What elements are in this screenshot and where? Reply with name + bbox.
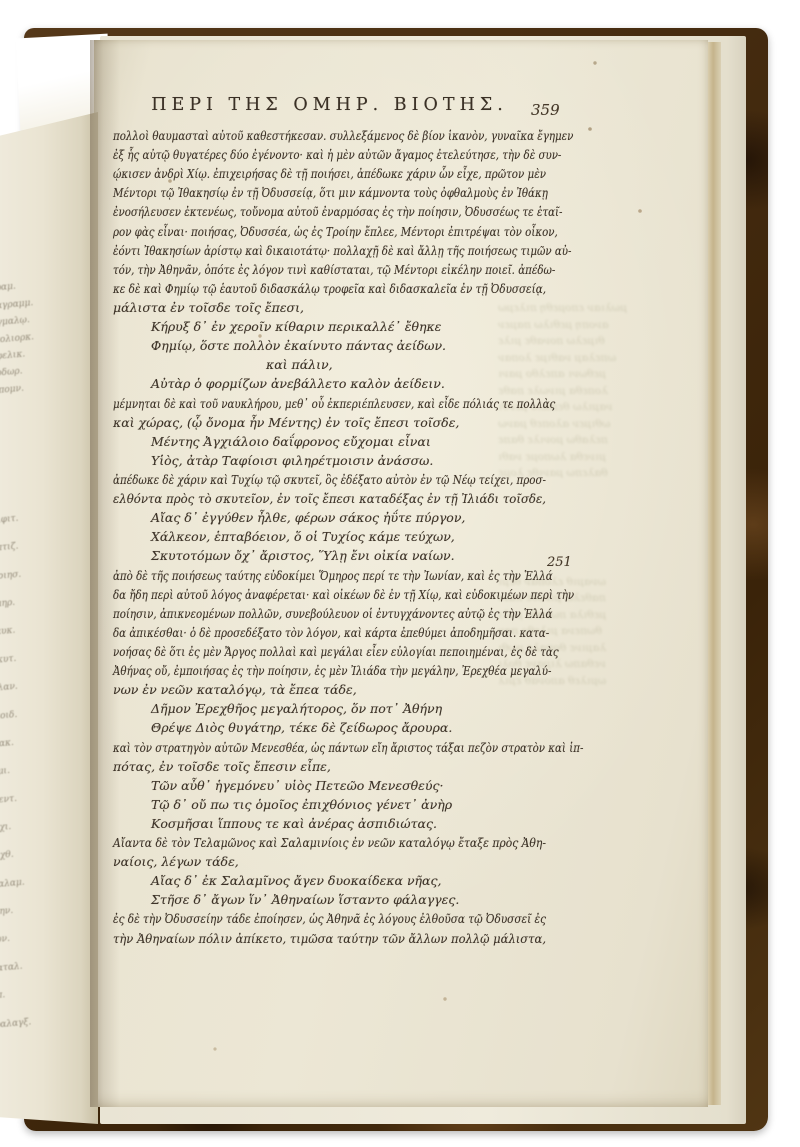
text-line: ἐξ ἧς αὐτῷ θυγατέρες δύο ἐγένοντο· καὶ ἡ…	[113, 147, 546, 166]
running-title: ΠΕΡΙ ΤΗΣ ΟΜΗΡ. ΒΙΟΤΗΣ.	[113, 95, 546, 115]
verse-line: Στῆσε δ᾽ ἄγων ἵν᾽ Ἀθηναίων ἵσταντο φάλαγ…	[113, 892, 546, 911]
verse-line: Τῷ δ᾽ οὔ πω τις ὁμοῖος ἐπιχθόνιος γένετ᾽…	[113, 797, 546, 816]
verse-line: Αἴας δ᾽ ἐγγύθεν ἦλθε, φέρων σάκος ἠΰτε π…	[113, 510, 546, 529]
text-line: καὶ πάλιν,	[113, 357, 546, 376]
illegible-marginalia-fragment: τυχι.	[0, 822, 12, 834]
page-number: 359	[531, 101, 579, 119]
verse-line: Δῆμον Ἐρεχθῆος μεγαλήτορος, ὅν ποτ᾽ Ἀθήν…	[113, 701, 546, 720]
illegible-marginalia-fragment: φημι.	[0, 766, 10, 778]
illegible-marginalia-fragment: νεων.	[0, 934, 10, 946]
verse-line: Τῶν αὖθ᾽ ἡγεμόνευ᾽ υἱὸς Πετεῶο Μενεσθεύς…	[113, 778, 546, 797]
text-line: νων ἐν νεῶν καταλόγῳ, τὰ ἔπεα τάδε,	[113, 682, 546, 701]
text-line: ρον φὰς εἶναι· ποιήσας, Ὀδυσσέα, ὡς ἐς Τ…	[113, 224, 546, 243]
text-line: ῴκισεν ἀνδρὶ Χίῳ. ἐπιχειρήσας δὲ τῇ ποιή…	[113, 166, 546, 185]
illegible-marginalia-fragment: ἐρεχθ.	[0, 850, 14, 862]
illegible-marginalia-fragment: ἀθην.	[0, 906, 14, 918]
illegible-marginalia-fragment: ἀοιδ.	[0, 710, 18, 722]
illegible-marginalia-fragment: ποιησ.	[0, 570, 22, 583]
text-line: δα ἀπικέσθαι· ὁ δὲ προσεδέξατο τὸν λόγον…	[113, 625, 546, 644]
text-line: ἐνοσήλευσεν ἐκτενέως, τοὔνομα αὐτοῦ ἐναρ…	[113, 204, 546, 223]
illegible-marginalia-fragment: ἱππ.	[0, 990, 6, 1002]
text-line: πότας, ἐν τοῖσδε τοῖς ἔπεσιν εἶπε,	[113, 759, 546, 778]
text-line: Αἴαντα δὲ τὸν Τελαμῶνος καὶ Σαλαμινίοις …	[113, 835, 546, 854]
text-line: ἀπέδωκε δὲ χάριν καὶ Τυχίῳ τῷ σκυτεῖ, ὃς…	[113, 472, 546, 491]
illegible-marginalia-fragment: σκυτ.	[0, 654, 17, 666]
illegible-marginalia-fragment: θεοδωρ.	[0, 366, 23, 379]
verse-line: Αἴας δ᾽ ἐκ Σαλαμῖνος ἄγεν δυοκαίδεκα νῆα…	[113, 873, 546, 892]
illegible-marginalia-fragment: καταλ.	[0, 962, 23, 975]
text-line: νοήσας δὲ ὅτι ἐς μὲν Ἄργος πολλαὶ καὶ με…	[113, 644, 546, 663]
illegible-marginalia-fragment: ὑπομν.	[0, 384, 24, 397]
text-line: ελθόντα πρὸς τὸ σκυτεῖον, ἐν τοῖς ἔπεσι …	[113, 491, 546, 510]
text-block: πολλοὶ θαυμασταὶ αὐτοῦ καθεστήκεσαν. συλ…	[113, 128, 546, 950]
illegible-marginalia-fragment: ἀφελικ.	[0, 349, 26, 362]
verse-line: Φημίῳ, ὅστε πολλὸν ἐκαίνυτο πάντας ἀείδω…	[113, 338, 546, 357]
illegible-marginalia-fragment: μεντ.	[0, 794, 17, 806]
text-line: καὶ τὸν στρατηγὸν αὐτῶν Μενεσθέα, ὡς πάν…	[113, 740, 546, 759]
illegible-marginalia-fragment: βαπτιζ.	[0, 542, 19, 555]
text-line: δα ἤδη περὶ αὐτοῦ λόγος ἀναφέρεται· καὶ …	[113, 587, 546, 606]
illegible-marginalia-fragment: ταγραμμ.	[0, 298, 34, 312]
foxing-specks	[94, 40, 96, 42]
illegible-marginalia-fragment: χιακ.	[0, 738, 14, 750]
illegible-marginalia-fragment: πολιορκ.	[0, 332, 34, 345]
facing-page-edge: κεφαμ.ταγραμμ.σιγμαλῳ.πολιορκ.ἀφελικ.θεο…	[0, 112, 98, 1124]
illegible-marginalia-fragment: κεφαμ.	[0, 282, 16, 295]
text-line: Μέντορι τῷ Ἰθακησίῳ ἐν τῇ Ὀδυσσείᾳ, ὅτι …	[113, 185, 546, 204]
text-line: ναίοις, λέγων τάδε,	[113, 854, 546, 873]
book-photograph: μωλιαν επομεθη πιλεμωανοπη μεθιλω παμενθ…	[0, 0, 800, 1147]
text-line: κε δὲ καὶ Φημίῳ τῷ ἑαυτοῦ διδασκάλῳ τροφ…	[113, 281, 546, 300]
fore-edge-crease	[708, 42, 721, 1105]
verse-line: Αὐτὰρ ὁ φορμίζων ἀνεβάλλετο καλὸν ἀείδει…	[113, 376, 546, 395]
verse-line: Θρέψε Διὸς θυγάτηρ, τέκε δὲ ζείδωρος ἄρο…	[113, 720, 546, 739]
verse-line: Χάλκεον, ἑπταβόειον, ὅ οἱ Τυχίος κάμε τε…	[113, 529, 546, 548]
text-line: καὶ χώρας, (ᾧ ὄνομα ἦν Μέντης) ἐν τοῖς ἔ…	[113, 415, 546, 434]
text-line: πολλοὶ θαυμασταὶ αὐτοῦ καθεστήκεσαν. συλ…	[113, 128, 546, 147]
text-line: μέμνηται δὲ καὶ τοῦ ναυκλήρου, μεθ᾽ οὗ ἐ…	[113, 396, 546, 415]
verse-line: Κοσμῆσαι ἵππους τε καὶ ἀνέρας ἀσπιδιώτας…	[113, 816, 546, 835]
text-line: ἐόντι Ἰθακησίων ἀρίστῳ καὶ δικαιοτάτῳ· π…	[113, 243, 546, 262]
text-line: ποίησιν, ἀπικνεομένων πολλῶν, συνεβούλευ…	[113, 606, 546, 625]
text-line: ἀπὸ δὲ τῆς ποιήσεως ταύτης εὐδοκίμει Ὅμη…	[113, 568, 546, 587]
verse-line: Σκυτοτόμων ὄχ᾽ ἄριστος, Ὕλῃ ἔνι οἰκία να…	[113, 548, 546, 567]
illegible-marginalia-fragment: φαλαγξ.	[0, 1017, 32, 1030]
illegible-marginalia-fragment: ἀλφιτ.	[0, 514, 19, 527]
text-line: τὴν Ἀθηναίων πόλιν ἀπίκετο, τιμῶσα ταύτη…	[113, 931, 546, 950]
illegible-marginalia-fragment: μελαν.	[0, 682, 18, 695]
text-line: Ἀθήνας οὔ, ἐμποιήσας ἐς τὴν ποίησιν, ἐς …	[113, 663, 546, 682]
text-line: μάλιστα ἐν τοῖσδε τοῖς ἔπεσι,	[113, 300, 546, 319]
verse-line: Κήρυξ δ᾽ ἐν χεροῖν κίθαριν περικαλλέ᾽ ἔθ…	[113, 319, 546, 338]
illegible-marginalia-fragment: γλαυκ.	[0, 626, 16, 639]
verse-line: Υἱὸς, ἀτὰρ Ταφίοισι φιληρέτμοισιν ἀνάσσω…	[113, 453, 546, 472]
illegible-marginalia-fragment: σαλαμ.	[0, 878, 25, 891]
illegible-marginalia-fragment: Ὁμηρ.	[0, 598, 16, 610]
illegible-marginalia-fragment: σιγμαλῳ.	[0, 315, 30, 329]
verse-line: Μέντης Ἀγχιάλοιο δαΐφρονος εὔχομαι εἶναι	[113, 434, 546, 453]
text-line: ἐς δὲ τὴν Ὀδυσσείην τάδε ἐποίησεν, ὡς Ἀθ…	[113, 911, 546, 930]
text-line: τόν, τὴν Ἀθηνᾶν, ὁπότε ἐς λόγον τινὶ καθ…	[113, 262, 546, 281]
